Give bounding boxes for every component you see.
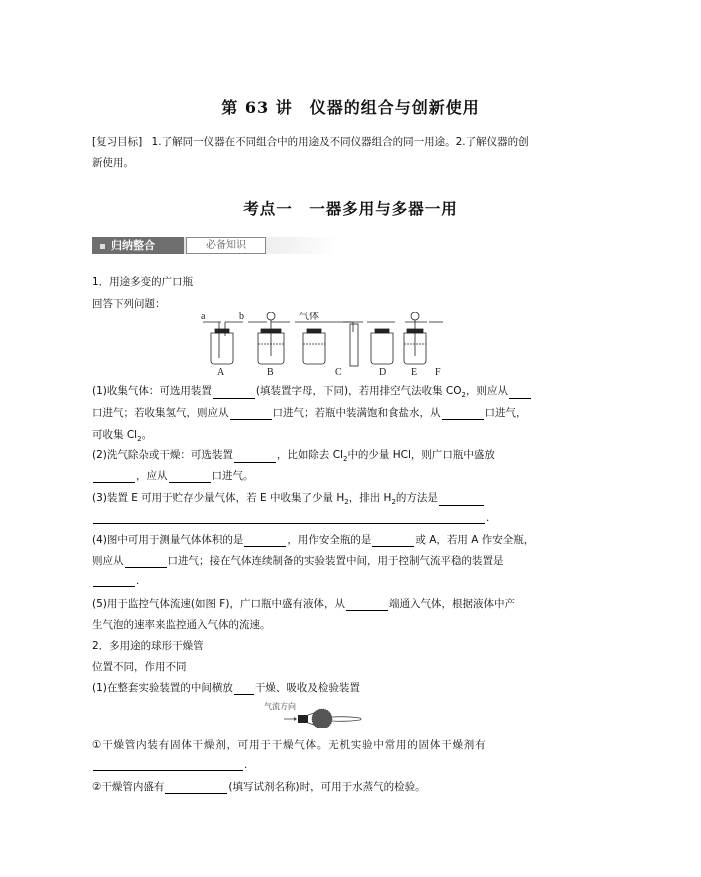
answer-blank[interactable] (93, 574, 135, 587)
answer-blank[interactable] (372, 534, 414, 547)
svg-text:b: b (239, 312, 244, 322)
svg-text:a: a (201, 312, 206, 322)
answer-blank[interactable] (244, 534, 286, 547)
part1-heading: 1．用途多变的广口瓶 (92, 274, 193, 289)
answer-blank[interactable] (93, 758, 243, 771)
answer-blank[interactable] (125, 555, 167, 568)
drying-tube-figure: 气流方向 (262, 700, 374, 728)
section-title: 考点一 一器多用与多器一用 (0, 197, 701, 219)
q3-line1: (3)装置 E 可用于贮存少量气体，若 E 中收集了少量 H2，排出 H2的方法… (92, 490, 485, 506)
answer-blank[interactable] (93, 511, 485, 524)
svg-text:B: B (267, 367, 274, 378)
svg-text:D: D (379, 367, 386, 378)
banner-primary: 归纳整合 (92, 237, 184, 254)
answer-blank[interactable] (169, 470, 211, 483)
q2-line2: ，应从口进气。 (92, 468, 254, 483)
wide-mouth-bottle-figure: a b 气体 A B C D E F (195, 312, 445, 378)
square-bullet-icon (100, 244, 105, 249)
svg-text:气流方向: 气流方向 (264, 701, 296, 711)
q1-line2: 口进气；若收集氢气，则应从口进气；若瓶中装满饱和食盐水，从口进气， (92, 405, 527, 420)
part2-item2: ②干燥管内盛有(填写试剂名称)时，可用于水蒸气的检验。 (92, 779, 426, 794)
review-goal-text: 1.了解同一仪器在不同组合中的用途及不同仪器组合的同一用途。2.了解仪器的创新使… (92, 136, 529, 169)
answer-blank[interactable] (234, 682, 254, 695)
knowledge-banner: 归纳整合 必备知识 (92, 237, 336, 254)
answer-blank[interactable] (230, 407, 272, 420)
q5-line2: 生气泡的速率来监控通入气体的流速。 (92, 617, 271, 632)
answer-blank[interactable] (93, 470, 135, 483)
q4-line2: 则应从口进气；接在气体连续制备的实验装置中间，用于控制气流平稳的装置是 (92, 553, 504, 568)
q1-line1: (1)收集气体：可选用装置(填装置字母，下同)，若用排空气法收集 CO2，则应从 (92, 383, 532, 399)
answer-blank[interactable] (213, 386, 255, 399)
banner-secondary: 必备知识 (186, 237, 266, 254)
review-goal: [复习目标] 1.了解同一仪器在不同组合中的用途及不同仪器组合的同一用途。2.了… (92, 132, 532, 174)
q1-line3: 可收集 Cl2。 (92, 427, 152, 443)
svg-text:A: A (217, 367, 225, 378)
part2-sub: 位置不同，作用不同 (92, 659, 187, 674)
answer-blank[interactable] (442, 407, 484, 420)
part2-item1-line2: . (92, 758, 247, 771)
answer-blank[interactable] (234, 450, 276, 463)
part2-q1: (1)在整套实验装置的中间横放干燥、吸收及检验装置 (92, 680, 360, 695)
document-page: 第 63 讲 仪器的组合与创新使用 [复习目标] 1.了解同一仪器在不同组合中的… (0, 0, 701, 877)
part2-heading: 2．多用途的球形干燥管 (92, 638, 204, 653)
part2-item1: ①干燥管内装有固体干燥剂，可用于干燥气体。无机实验中常用的固体干燥剂有 (92, 737, 486, 752)
answer-blank[interactable] (439, 493, 484, 506)
q4-line3: . (92, 574, 139, 587)
q2-line1: (2)洗气除杂或干燥：可选装置，比如除去 Cl2中的少量 HCl，则广口瓶中盛放 (92, 447, 495, 463)
answer-blank[interactable] (165, 781, 227, 794)
svg-text:E: E (411, 367, 417, 378)
part1-prompt: 回答下列问题： (92, 296, 166, 311)
answer-blank[interactable] (509, 386, 531, 399)
review-goal-label: [复习目标] (92, 136, 142, 148)
answer-blank[interactable] (346, 598, 388, 611)
lecture-title: 第 63 讲 仪器的组合与创新使用 (0, 95, 701, 118)
q5-line1: (5)用于监控气体流速(如图 F)，广口瓶中盛有液体，从端通入气体，根据液体中产 (92, 596, 515, 611)
q4-line1: (4)图中可用于测量气体体积的是，用作安全瓶的是或 A，若用 A 作安全瓶， (92, 532, 534, 547)
svg-text:F: F (435, 367, 441, 378)
q3-line2: . (92, 511, 489, 524)
svg-text:气体: 气体 (299, 312, 319, 322)
svg-text:C: C (335, 367, 342, 378)
